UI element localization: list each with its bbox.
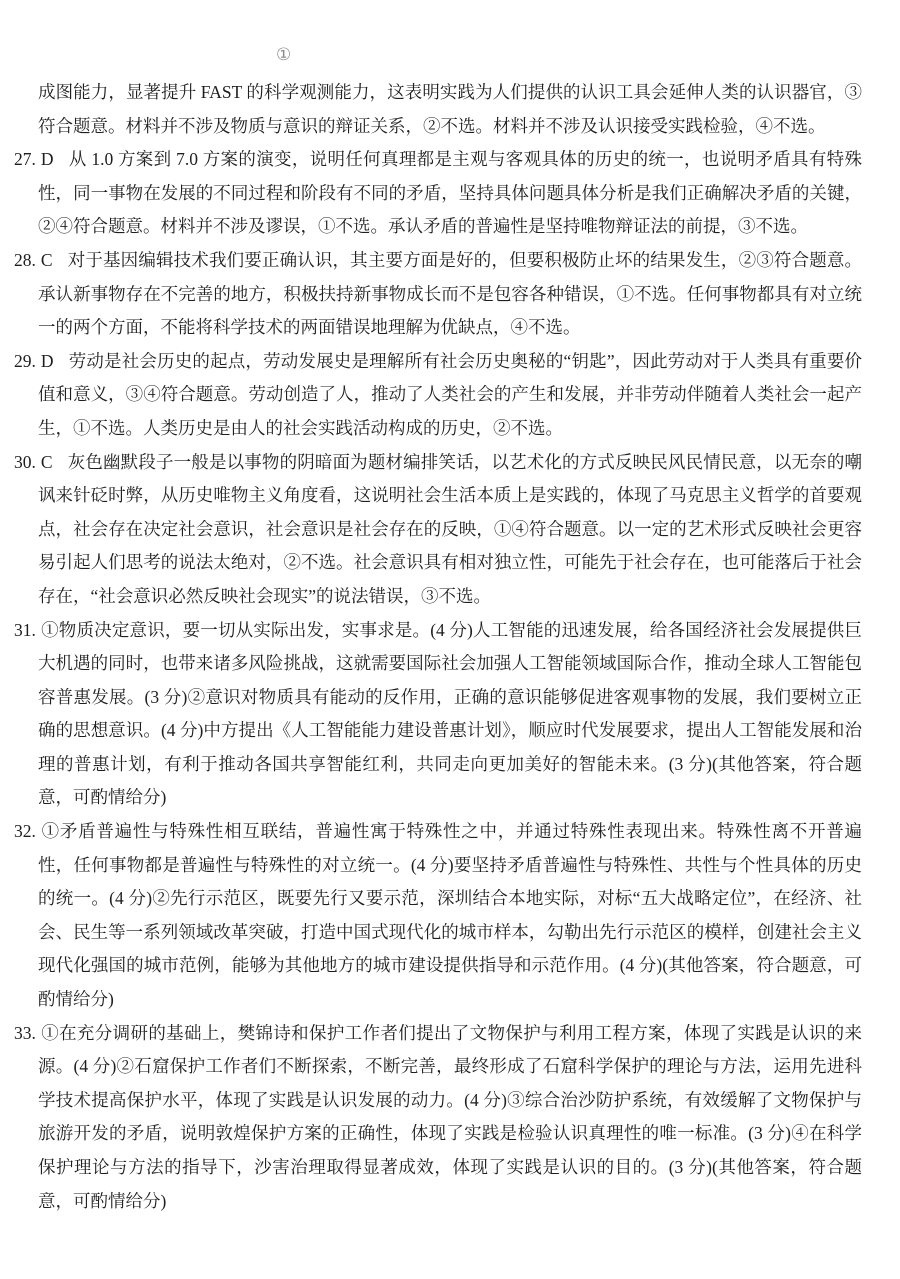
answer-explanation: ①矛盾普遍性与特殊性相互联结，普遍性寓于特殊性之中，并通过特殊性表现出来。特殊性… — [38, 821, 862, 1009]
answer-letter: C — [41, 452, 53, 472]
previous-answer-continuation: 成图能力，显著提升 FAST 的科学观测能力，这表明实践为人们提供的认识工具会延… — [38, 76, 862, 143]
answer-item-29: 29.D劳动是社会历史的起点，劳动发展史是理解所有社会历史奥秘的“钥匙”，因此劳… — [38, 345, 862, 446]
answer-number: 29. — [14, 351, 36, 371]
answer-number: 27. — [14, 149, 36, 169]
answer-explanation: ①物质决定意识，要一切从实际出发，实事求是。(4 分)人工智能的迅速发展，给各国… — [38, 620, 862, 808]
answer-explanation: 劳动是社会历史的起点，劳动发展史是理解所有社会历史奥秘的“钥匙”，因此劳动对于人… — [38, 351, 862, 438]
answer-letter: C — [41, 250, 53, 270]
answer-item-27: 27.D从 1.0 方案到 7.0 方案的演变，说明任何真理都是主观与客观具体的… — [38, 143, 862, 244]
answer-explanation: 灰色幽默段子一般是以事物的阴暗面为题材编排笑话，以艺术化的方式反映民风民情民意，… — [38, 452, 862, 606]
answer-item-31: 31.①物质决定意识，要一切从实际出发，实事求是。(4 分)人工智能的迅速发展，… — [38, 614, 862, 816]
answer-item-32: 32.①矛盾普遍性与特殊性相互联结，普遍性寓于特殊性之中，并通过特殊性表现出来。… — [38, 815, 862, 1017]
answer-letter: D — [41, 351, 54, 371]
answer-number: 28. — [14, 250, 36, 270]
answer-number: 33. — [14, 1023, 36, 1043]
answer-explanation: ①在充分调研的基础上，樊锦诗和保护工作者们提出了文物保护与利用工程方案，体现了实… — [38, 1023, 862, 1211]
answer-item-33: 33.①在充分调研的基础上，樊锦诗和保护工作者们提出了文物保护与利用工程方案，体… — [38, 1017, 862, 1219]
answer-number: 31. — [14, 620, 36, 640]
answer-letter: D — [41, 149, 54, 169]
page-number-marker: ① — [276, 45, 291, 65]
answer-number: 32. — [14, 821, 36, 841]
answer-item-28: 28.C对于基因编辑技术我们要正确认识，其主要方面是好的，但要积极防止坏的结果发… — [38, 244, 862, 345]
answer-explanation: 对于基因编辑技术我们要正确认识，其主要方面是好的，但要积极防止坏的结果发生，②③… — [38, 250, 862, 337]
answer-key-page: ① 成图能力，显著提升 FAST 的科学观测能力，这表明实践为人们提供的认识工具… — [0, 0, 900, 1279]
page-content: 成图能力，显著提升 FAST 的科学观测能力，这表明实践为人们提供的认识工具会延… — [38, 76, 862, 1218]
answer-number: 30. — [14, 452, 36, 472]
answer-item-30: 30.C灰色幽默段子一般是以事物的阴暗面为题材编排笑话，以艺术化的方式反映民风民… — [38, 446, 862, 614]
answer-explanation: 从 1.0 方案到 7.0 方案的演变，说明任何真理都是主观与客观具体的历史的统… — [38, 149, 862, 236]
